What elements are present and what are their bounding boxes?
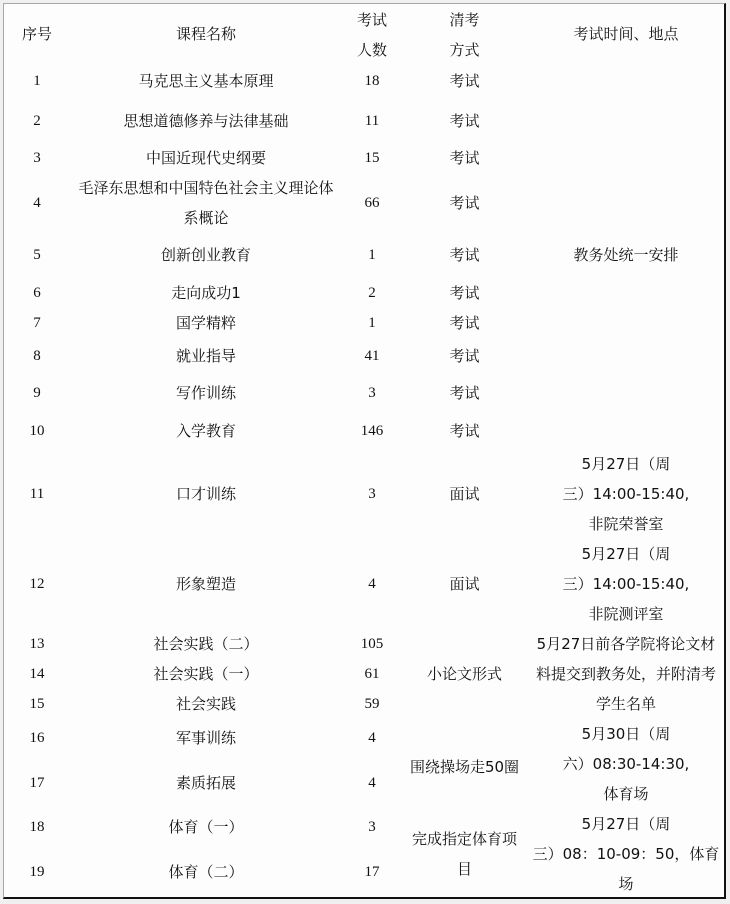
row-4-count: 66 [342,188,402,218]
row-3-count: 15 [342,143,402,173]
row-11-time-line2: 三）14:00-15:40, [563,479,690,509]
row-12-time-line3: 非院测评室 [588,599,663,629]
pe-method: 完成指定体育项 目 [402,824,527,884]
row-11-time-line1: 5月27日（周 [582,449,671,479]
row-11-count: 3 [342,479,402,509]
walk-time-place: 5月30日（周 六）08:30-14:30, 体育场 [527,719,725,809]
row-7-name: 国学精粹 [70,308,342,338]
row-19-name: 体育（二） [70,857,342,887]
row-12-no: 12 [4,569,70,599]
row-14-name: 社会实践（一） [70,659,342,689]
row-14-no: 14 [4,659,70,689]
row-9-name: 写作训练 [70,378,342,408]
row-4-name-line1: 毛泽东思想和中国特色社会主义理论体 [78,173,333,203]
row-16-no: 16 [4,723,70,753]
row-1-no: 1 [4,66,70,96]
row-16-name: 军事训练 [70,723,342,753]
row-8-method: 考试 [402,341,527,371]
exam-arrangement-note: 教务处统一安排 [527,240,725,270]
row-2-name: 思想道德修养与法律基础 [70,106,342,136]
pe-method-line1: 完成指定体育项 [412,824,517,854]
row-17-name: 素质拓展 [70,768,342,798]
row-16-count: 4 [342,723,402,753]
row-3-no: 3 [4,143,70,173]
row-3-name: 中国近现代史纲要 [70,143,342,173]
row-2-method: 考试 [402,106,527,136]
row-8-no: 8 [4,341,70,371]
pe-time-line2: 三）08：10-09：50，体育 [533,839,720,869]
row-18-name: 体育（一） [70,812,342,842]
row-5-count: 1 [342,240,402,270]
row-10-no: 10 [4,416,70,446]
row-13-name: 社会实践（二） [70,629,342,659]
row-12-time-line2: 三）14:00-15:40, [563,569,690,599]
row-1-count: 18 [342,66,402,96]
row-7-method: 考试 [402,308,527,338]
row-5-name: 创新创业教育 [70,240,342,270]
row-13-count: 105 [342,629,402,659]
row-12-time-place: 5月27日（周 三）14:00-15:40, 非院测评室 [527,539,725,629]
row-5-no: 5 [4,240,70,270]
row-12-name: 形象塑造 [70,569,342,599]
row-10-method: 考试 [402,416,527,446]
header-method-line1: 清考 [449,5,479,35]
row-9-no: 9 [4,378,70,408]
paper-time-place: 5月27日前各学院将论文材 料提交到教务处，并附清考 学生名单 [527,629,725,719]
header-method-line2: 方式 [449,35,479,65]
header-time-place: 考试时间、地点 [527,12,725,56]
row-7-no: 7 [4,308,70,338]
row-6-name: 走向成功1 [70,278,342,308]
row-8-name: 就业指导 [70,341,342,371]
header-time-place-label: 考试时间、地点 [573,19,678,49]
paper-time-line1: 5月27日前各学院将论文材 [537,629,716,659]
row-6-no: 6 [4,278,70,308]
row-2-count: 11 [342,106,402,136]
walk-time-line2: 六）08:30-14:30, [563,749,690,779]
row-19-no: 19 [4,857,70,887]
row-9-count: 3 [342,378,402,408]
row-2-no: 2 [4,106,70,136]
walk-time-line1: 5月30日（周 [582,719,671,749]
header-method: 清考 方式 [402,4,527,66]
paper-time-line2: 料提交到教务处，并附清考 [536,659,716,689]
row-11-no: 11 [4,479,70,509]
row-9-method: 考试 [402,378,527,408]
row-3-method: 考试 [402,143,527,173]
row-11-time-line3: 非院荣誉室 [588,509,663,539]
row-4-method: 考试 [402,188,527,218]
walk-time-line3: 体育场 [603,779,648,809]
header-exam-count-line1: 考试 [357,5,387,35]
row-18-no: 18 [4,812,70,842]
row-1-name: 马克思主义基本原理 [70,66,342,96]
header-course-name-label: 课程名称 [176,19,236,49]
row-1-method: 考试 [402,66,527,96]
row-6-count: 2 [342,278,402,308]
row-4-name-line2: 系概论 [183,203,228,233]
row-14-count: 61 [342,659,402,689]
header-no-label: 序号 [22,19,52,49]
header-no: 序号 [4,12,70,56]
paper-time-line3: 学生名单 [596,689,656,719]
row-8-count: 41 [342,341,402,371]
row-15-count: 59 [342,689,402,719]
row-19-count: 17 [342,857,402,887]
row-12-count: 4 [342,569,402,599]
header-course-name: 课程名称 [70,12,342,56]
pe-method-line2: 目 [457,854,472,884]
row-11-time-place: 5月27日（周 三）14:00-15:40, 非院荣誉室 [527,449,725,539]
row-12-time-line1: 5月27日（周 [582,539,671,569]
walk-method: 围绕操场走50圈 [402,752,527,782]
row-17-no: 17 [4,768,70,798]
row-5-method: 考试 [402,240,527,270]
row-13-no: 13 [4,629,70,659]
row-17-count: 4 [342,768,402,798]
row-11-method: 面试 [402,479,527,509]
row-4-name: 毛泽东思想和中国特色社会主义理论体 系概论 [70,173,342,233]
row-10-count: 146 [342,416,402,446]
row-7-count: 1 [342,308,402,338]
row-4-no: 4 [4,188,70,218]
row-12-method: 面试 [402,569,527,599]
header-exam-count: 考试 人数 [342,4,402,66]
row-15-no: 15 [4,689,70,719]
pe-time-line1: 5月27日（周 [582,809,671,839]
pe-time-place: 5月27日（周 三）08：10-09：50，体育 场 [527,809,725,899]
row-10-name: 入学教育 [70,416,342,446]
pe-time-line3: 场 [618,869,633,899]
row-6-method: 考试 [402,278,527,308]
paper-method: 小论文形式 [402,659,527,689]
row-18-count: 3 [342,812,402,842]
row-11-name: 口才训练 [70,479,342,509]
header-exam-count-line2: 人数 [357,35,387,65]
row-15-name: 社会实践 [70,689,342,719]
exam-schedule-table: 序号 课程名称 考试 人数 清考 方式 考试时间、地点 1 马克思主义基本原理 … [3,3,726,899]
